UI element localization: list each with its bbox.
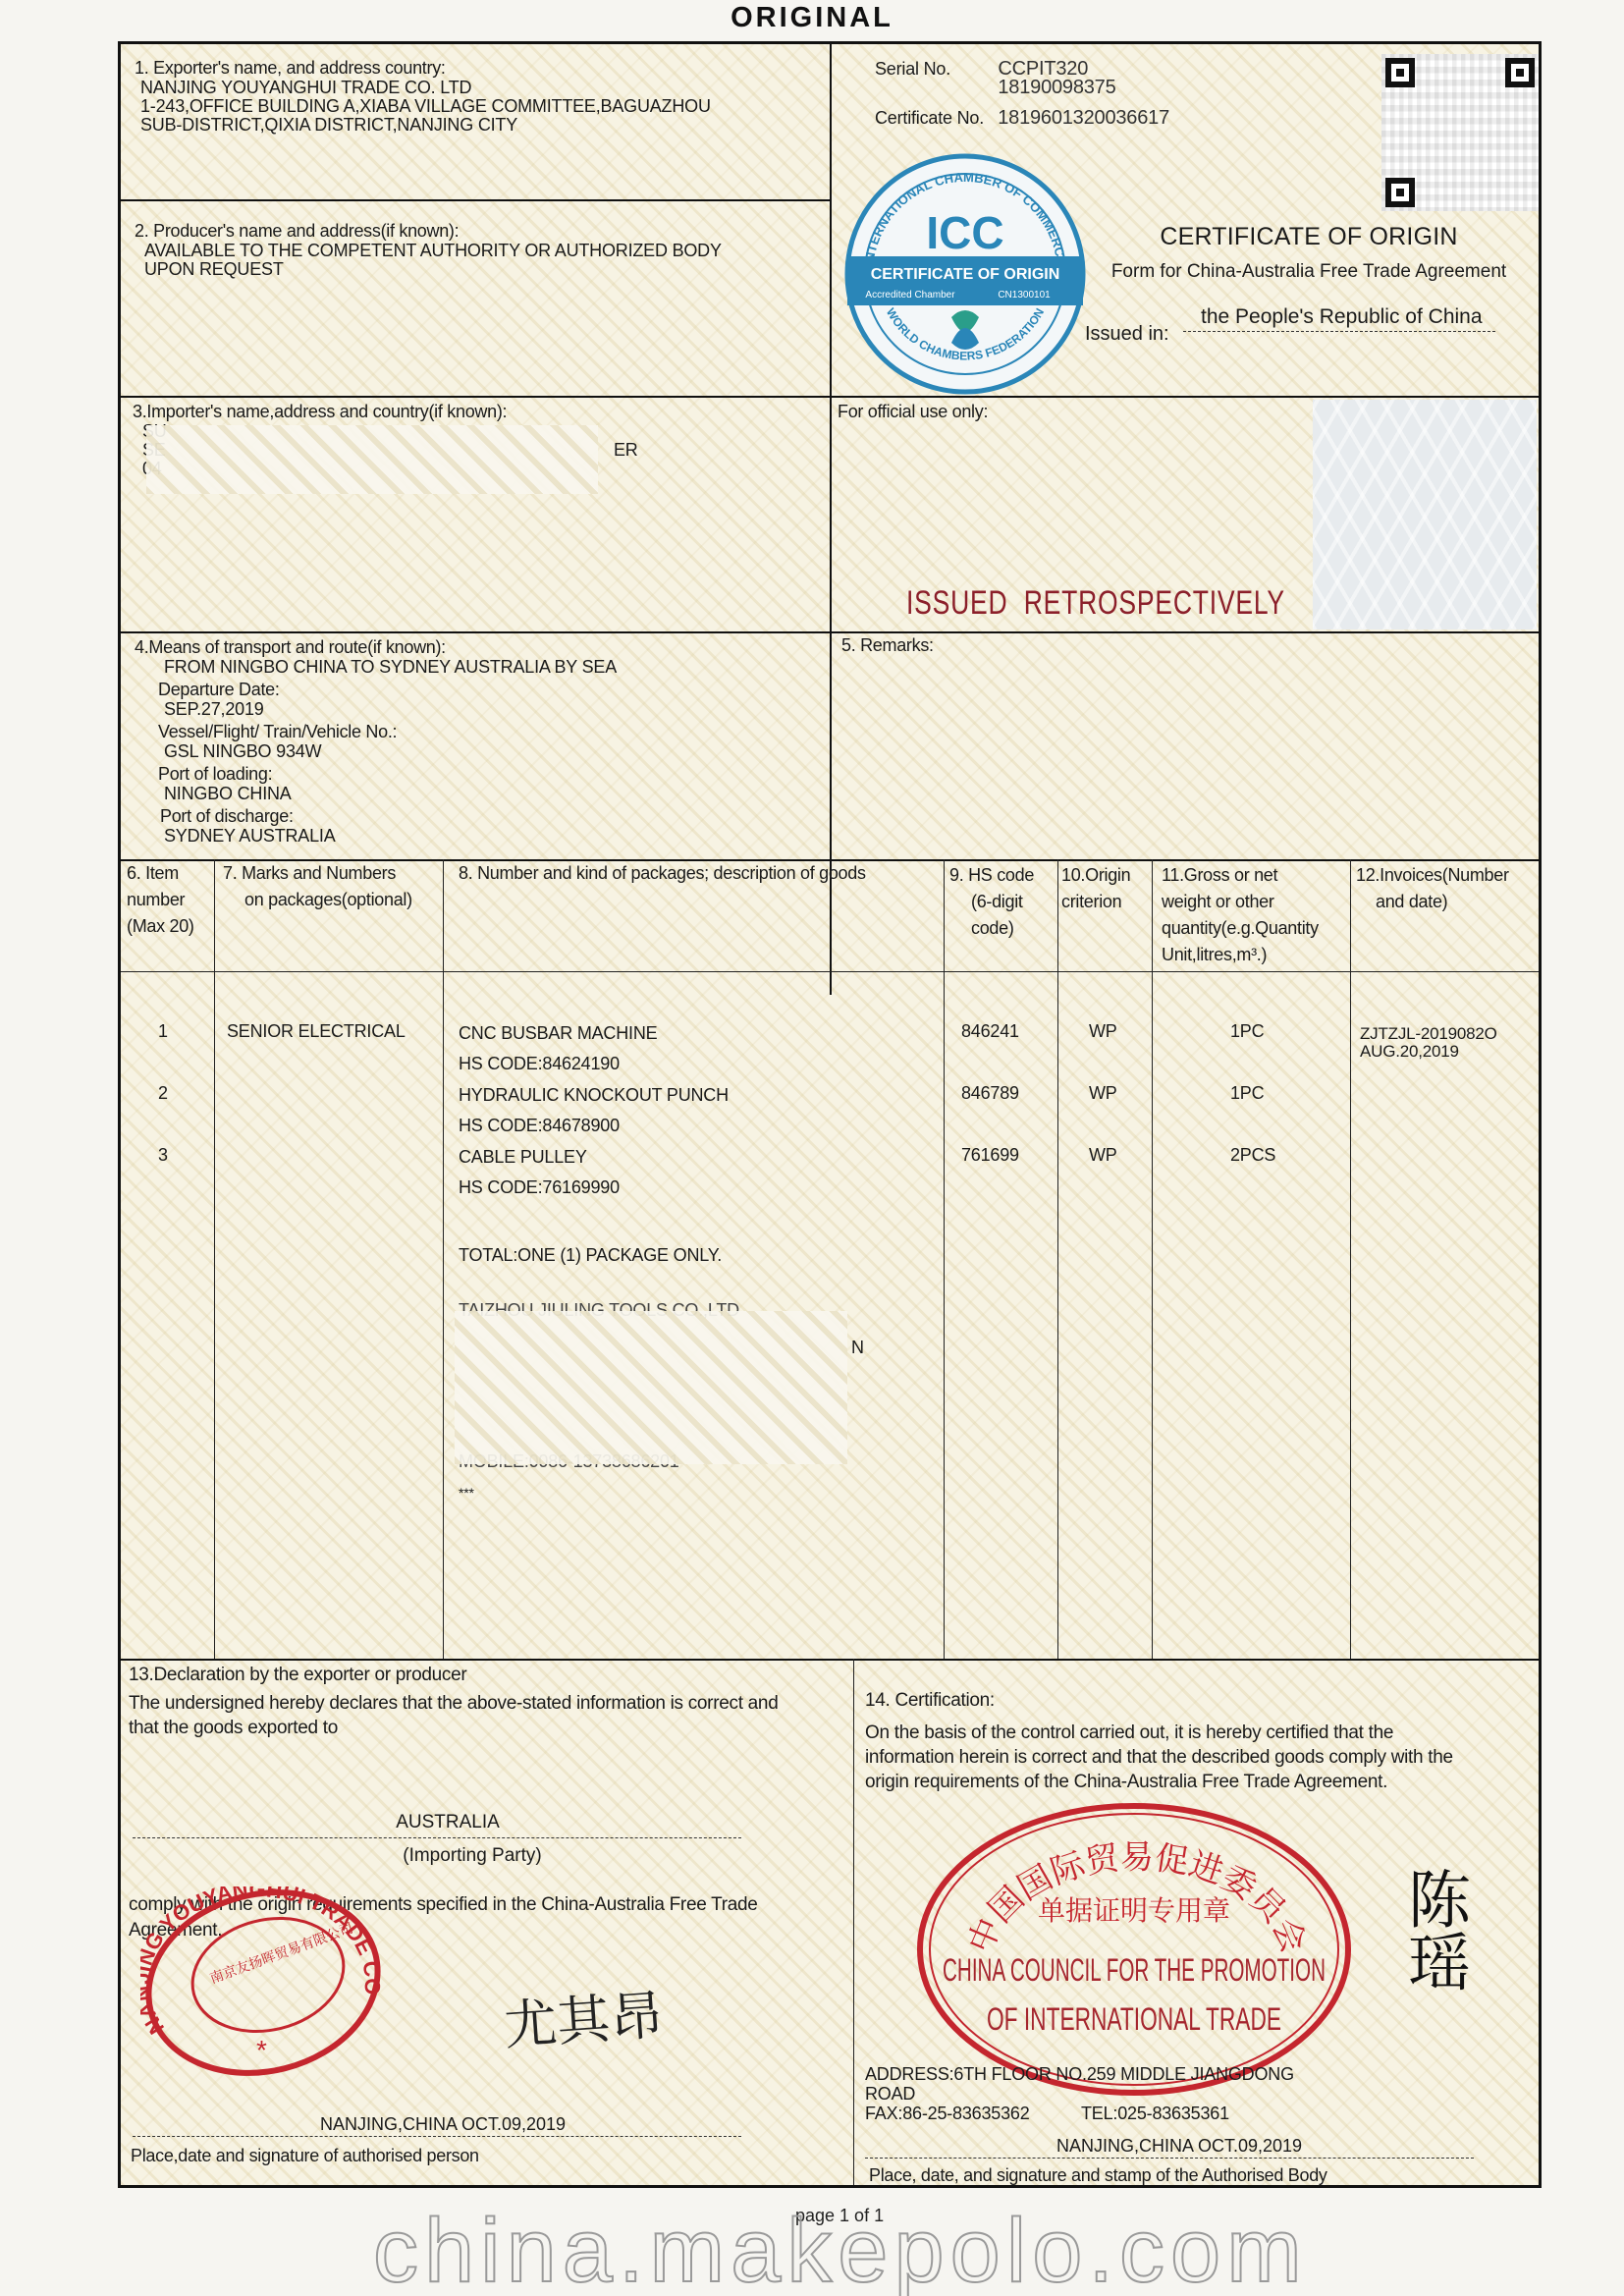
certifier-signature: 陈瑶 bbox=[1397, 1867, 1470, 1993]
exporter-box: 1. Exporter's name, and address country:… bbox=[135, 58, 822, 135]
issued-in-label: Issued in: bbox=[1085, 323, 1169, 346]
col-header-marks: 7. Marks and Numbers on packages(optiona… bbox=[223, 863, 441, 910]
certification-text-1: On the basis of the control carried out,… bbox=[865, 1722, 1533, 1743]
svg-text:CHINA COUNCIL FOR THE PROMOTIO: CHINA COUNCIL FOR THE PROMOTION bbox=[943, 1952, 1326, 1988]
vessel-label: Vessel/Flight/ Train/Vehicle No.: bbox=[135, 722, 822, 742]
transport-label: 4.Means of transport and route(if known)… bbox=[135, 637, 822, 658]
declaration-box: 13.Declaration by the exporter or produc… bbox=[129, 1665, 845, 1738]
declaration-text-2: that the goods exported to bbox=[129, 1718, 845, 1738]
hs-code-6digit: 761699 bbox=[961, 1146, 1019, 1165]
document-title: ORIGINAL bbox=[0, 2, 1624, 34]
producer-label: 2. Producer's name and address(if known)… bbox=[135, 221, 822, 242]
divider bbox=[121, 971, 1539, 972]
serial-block: Serial No. CCPIT320 18190098375 Certific… bbox=[875, 60, 1169, 128]
quantity: 2PCS bbox=[1230, 1146, 1275, 1165]
divider bbox=[121, 396, 1539, 398]
origin-criterion: WP bbox=[1089, 1146, 1117, 1165]
ccpit-official-stamp-icon: 中国国际贸易促进委员会 单据证明专用章 CHINA COUNCIL FOR TH… bbox=[906, 1794, 1358, 2099]
divider bbox=[1057, 859, 1058, 1659]
issued-in-value: the People's Republic of China bbox=[1201, 305, 1483, 329]
end-marker: *** bbox=[459, 1484, 474, 1503]
hs-code-6digit: 846789 bbox=[961, 1084, 1019, 1103]
importing-party-label: (Importing Party) bbox=[129, 1845, 816, 1867]
divider bbox=[214, 859, 215, 1659]
item-number: 3 bbox=[158, 1146, 168, 1165]
certification-place-date: NANJING,CHINA OCT.09,2019 bbox=[865, 2136, 1493, 2157]
goods-hs-code-line: HS CODE:84678900 bbox=[459, 1117, 620, 1135]
goods-description: HYDRAULIC KNOCKOUT PUNCH bbox=[459, 1086, 729, 1105]
item-number: 1 bbox=[158, 1022, 168, 1041]
svg-text:OF INTERNATIONAL TRADE: OF INTERNATIONAL TRADE bbox=[987, 2001, 1281, 2037]
divider bbox=[1350, 859, 1351, 1659]
producer-line-2: UPON REQUEST bbox=[135, 260, 822, 279]
consignee-fragment: N bbox=[851, 1339, 864, 1357]
divider bbox=[443, 859, 444, 1659]
loading-label: Port of loading: bbox=[135, 764, 822, 785]
remarks-box: 5. Remarks: bbox=[841, 635, 934, 656]
issued-retrospectively-stamp: ISSUED RETROSPECTIVELY bbox=[906, 584, 1285, 623]
divider bbox=[121, 631, 1539, 633]
total-packages: TOTAL:ONE (1) PACKAGE ONLY. bbox=[459, 1246, 722, 1265]
goods-description: CABLE PULLEY bbox=[459, 1148, 587, 1167]
transport-route: FROM NINGBO CHINA TO SYDNEY AUSTRALIA BY… bbox=[135, 658, 822, 677]
importer-fragment: ER bbox=[614, 441, 638, 460]
divider bbox=[853, 1659, 854, 2185]
exporter-address-2: SUB-DISTRICT,QIXIA DISTRICT,NANJING CITY bbox=[135, 116, 822, 135]
certification-text-3: origin requirements of the China-Austral… bbox=[865, 1772, 1533, 1792]
quantity: 1PC bbox=[1230, 1022, 1264, 1041]
exporter-company-seal-icon: NANJING YOUYANGHUI TRADE CO. LTD 南京友扬晖贸易… bbox=[140, 1886, 386, 2079]
declaration-text-1: The undersigned hereby declares that the… bbox=[129, 1693, 845, 1714]
remarks-label: 5. Remarks: bbox=[841, 635, 934, 655]
authority-tel: TEL:025-83635361 bbox=[1081, 2105, 1229, 2123]
declaration-label: 13.Declaration by the exporter or produc… bbox=[129, 1665, 845, 1685]
authority-fax: FAX:86-25-83635362 bbox=[865, 2105, 1030, 2123]
svg-text:CN1300101: CN1300101 bbox=[998, 290, 1051, 301]
quantity: 1PC bbox=[1230, 1084, 1264, 1103]
certificate-form: 1. Exporter's name, and address country:… bbox=[118, 41, 1542, 2188]
certificate-subtitle: Form for China-Australia Free Trade Agre… bbox=[1083, 261, 1535, 283]
origin-criterion: WP bbox=[1089, 1022, 1117, 1041]
importing-country: AUSTRALIA bbox=[129, 1812, 767, 1833]
discharge-value: SYDNEY AUSTRALIA bbox=[135, 827, 822, 846]
col-header-quantity: 11.Gross or net weight or other quantity… bbox=[1162, 865, 1350, 965]
vessel-value: GSL NINGBO 934W bbox=[135, 742, 822, 761]
transport-box: 4.Means of transport and route(if known)… bbox=[135, 637, 822, 846]
certification-label: 14. Certification: bbox=[865, 1690, 1533, 1711]
goods-hs-code-line: HS CODE:84624190 bbox=[459, 1055, 620, 1073]
svg-text:单据证明专用章: 单据证明专用章 bbox=[1038, 1894, 1230, 1927]
certification-text-2: information herein is correct and that t… bbox=[865, 1747, 1533, 1768]
svg-text:*: * bbox=[256, 2035, 267, 2065]
invoice-number: ZJTZJL-2019082O bbox=[1360, 1024, 1497, 1043]
marks-value: SENIOR ELECTRICAL bbox=[227, 1022, 406, 1041]
col-header-origin: 10.Origin criterion bbox=[1061, 865, 1152, 912]
producer-line-1: AVAILABLE TO THE COMPETENT AUTHORITY OR … bbox=[135, 242, 822, 260]
producer-box: 2. Producer's name and address(if known)… bbox=[135, 221, 822, 279]
departure-value: SEP.27,2019 bbox=[135, 700, 822, 719]
divider bbox=[121, 199, 830, 201]
col-header-hs: 9. HS code (6-digit code) bbox=[949, 865, 1057, 939]
goods-hs-code-line: HS CODE:76169990 bbox=[459, 1178, 620, 1197]
hs-code-6digit: 846241 bbox=[961, 1022, 1019, 1041]
redaction-box bbox=[146, 425, 598, 494]
loading-value: NINGBO CHINA bbox=[135, 785, 822, 803]
authority-address-1: ADDRESS:6TH FLOOR NO.259 MIDDLE JIANGDON… bbox=[865, 2065, 1294, 2084]
exporter-name: NANJING YOUYANGHUI TRADE CO. LTD bbox=[135, 79, 822, 97]
goods-description: CNC BUSBAR MACHINE bbox=[459, 1024, 657, 1043]
certificate-value: 1819601320036617 bbox=[998, 109, 1169, 128]
discharge-label: Port of discharge: bbox=[135, 806, 822, 827]
icc-seal-icon: INTERNATIONAL CHAMBER OF COMMERCE ICC CE… bbox=[841, 150, 1089, 398]
svg-text:Accredited Chamber: Accredited Chamber bbox=[865, 290, 955, 301]
declaration-place-date: NANJING,CHINA OCT.09,2019 bbox=[129, 2114, 757, 2135]
divider bbox=[830, 44, 832, 995]
col-header-invoices: 12.Invoices(Number and date) bbox=[1356, 865, 1539, 912]
serial-label: Serial No. bbox=[875, 60, 998, 97]
title-block: CERTIFICATE OF ORIGIN Form for China-Aus… bbox=[1083, 223, 1535, 283]
certification-footer: Place, date, and signature and stamp of … bbox=[869, 2165, 1327, 2186]
serial-value: CCPIT320 18190098375 bbox=[998, 60, 1169, 97]
item-number: 2 bbox=[158, 1084, 168, 1103]
redaction-box bbox=[455, 1311, 847, 1464]
authority-address-2: ROAD bbox=[865, 2085, 915, 2104]
declaration-footer: Place,date and signature of authorised p… bbox=[131, 2146, 479, 2166]
qr-code bbox=[1381, 54, 1539, 211]
svg-text:CERTIFICATE OF ORIGIN: CERTIFICATE OF ORIGIN bbox=[871, 266, 1060, 283]
divider bbox=[121, 1659, 1539, 1661]
divider bbox=[1152, 859, 1153, 1659]
col-header-description: 8. Number and kind of packages; descript… bbox=[459, 863, 940, 884]
col-header-item: 6. Item number (Max 20) bbox=[127, 863, 213, 937]
origin-criterion: WP bbox=[1089, 1084, 1117, 1103]
certification-box: 14. Certification: On the basis of the c… bbox=[865, 1690, 1533, 1792]
hologram-area bbox=[1313, 400, 1537, 629]
certificate-label: Certificate No. bbox=[875, 109, 998, 128]
certificate-title: CERTIFICATE OF ORIGIN bbox=[1083, 223, 1535, 251]
exporter-address-1: 1-243,OFFICE BUILDING A,XIABA VILLAGE CO… bbox=[135, 97, 822, 116]
divider bbox=[121, 859, 1539, 861]
importer-label: 3.Importer's name,address and country(if… bbox=[133, 402, 820, 422]
svg-text:ICC: ICC bbox=[926, 207, 1003, 258]
departure-label: Departure Date: bbox=[135, 680, 822, 700]
invoice-date: AUG.20,2019 bbox=[1360, 1042, 1459, 1061]
exporter-label: 1. Exporter's name, and address country: bbox=[135, 58, 822, 79]
divider bbox=[944, 859, 945, 1659]
site-watermark: china.makepolo.com bbox=[373, 2200, 1308, 2296]
exporter-signature: 尤其昂 bbox=[502, 1973, 666, 2059]
